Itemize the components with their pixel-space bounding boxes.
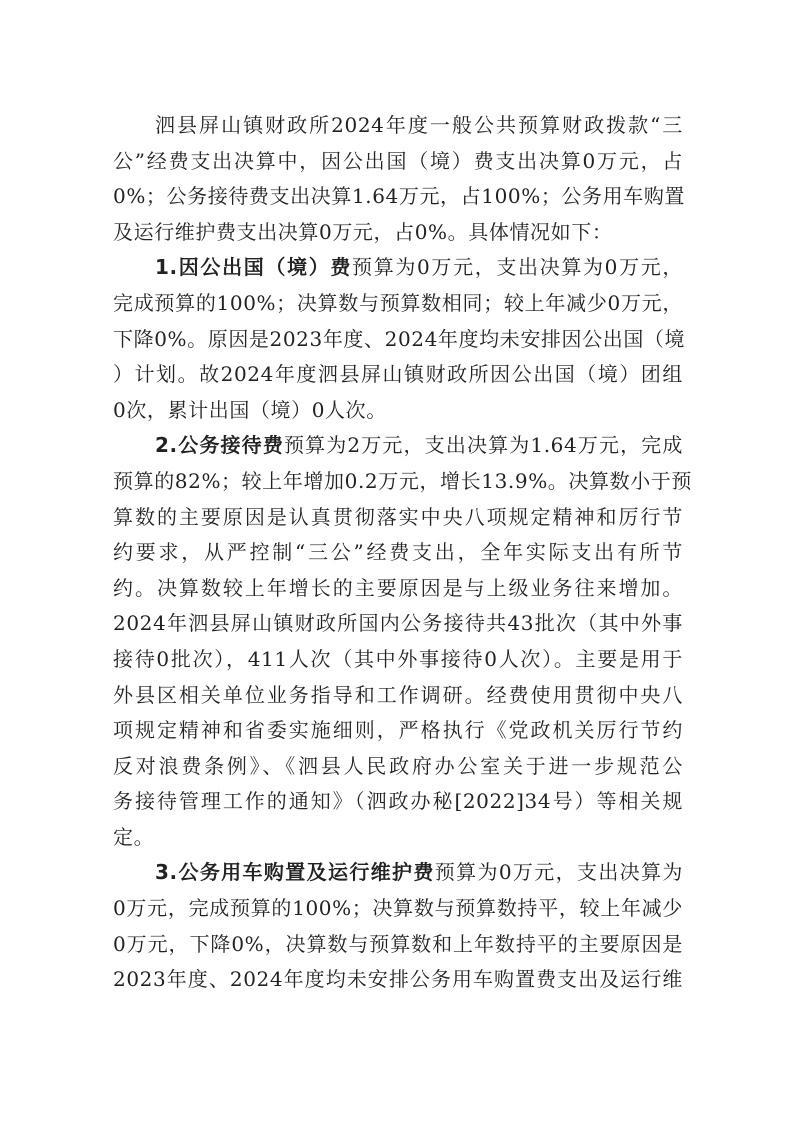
document-page: 泗县屏山镇财政所2024年度一般公共预算财政拨款“三公”经费支出决算中，因公出国… [113, 108, 683, 998]
section-heading: 3.公务用车购置及运行维护费 [155, 860, 435, 884]
line-text: 完成预算的100%；决算数与预算数相同；较上年减少0万元， [113, 291, 683, 315]
text-line: 3.公务用车购置及运行维护费预算为0万元，支出决算为 [113, 855, 683, 891]
text-line: 下降0%。原因是2023年度、2024年度均未安排因公出国（境 [113, 322, 683, 358]
text-line: 定。 [113, 820, 683, 856]
text-line: 2.公务接待费预算为2万元，支出决算为1.64万元，完成 [113, 428, 683, 464]
text-line: 务接待管理工作的通知》（泗政办秘[2022]34号）等相关规 [113, 784, 683, 820]
line-text: 反对浪费条例》、《泗县人民政府办公室关于进一步规范公 [113, 754, 683, 778]
text-line: 项规定精神和省委实施细则，严格执行《党政机关厉行节约 [113, 713, 683, 749]
line-text: 预算的82%；较上年增加0.2万元，增长13.9%。决算数小于预 [113, 469, 692, 493]
line-text: 外县区相关单位业务指导和工作调研。经费使用贯彻中央八 [113, 683, 683, 707]
line-text: 预算为0万元，支出决算为0万元， [352, 255, 683, 279]
paragraph-section-3: 3.公务用车购置及运行维护费预算为0万元，支出决算为0万元，完成预算的100%；… [113, 855, 683, 997]
text-line: 反对浪费条例》、《泗县人民政府办公室关于进一步规范公 [113, 749, 683, 785]
line-text: 预算为0万元，支出决算为 [435, 860, 683, 884]
text-line: 接待0批次），411人次（其中外事接待0人次）。主要是用于 [113, 642, 683, 678]
text-line: 公”经费支出决算中，因公出国（境）费支出决算0万元，占 [113, 144, 683, 180]
line-text: 0万元，下降0%，决算数与预算数和上年数持平的主要原因是 [113, 932, 683, 956]
line-text: 及运行维护费支出决算0万元，占0%。具体情况如下： [113, 220, 612, 244]
text-line: ）计划。故2024年度泗县屏山镇财政所因公出国（境）团组 [113, 357, 683, 393]
line-text: 0次，累计出国（境）0人次。 [113, 398, 387, 422]
line-text: 下降0%。原因是2023年度、2024年度均未安排因公出国（境 [113, 327, 685, 351]
text-line: 2023年度、2024年度均未安排公务用车购置费支出及运行维 [113, 962, 683, 998]
line-text: 接待0批次），411人次（其中外事接待0人次）。主要是用于 [113, 647, 683, 671]
line-text: ）计划。故2024年度泗县屏山镇财政所因公出国（境）团组 [113, 362, 683, 386]
line-text: 2024年泗县屏山镇财政所国内公务接待共43批次（其中外事 [113, 611, 683, 635]
line-text: 约。决算数较上年增长的主要原因是与上级业务往来增加。 [113, 576, 683, 600]
paragraph-intro: 泗县屏山镇财政所2024年度一般公共预算财政拨款“三公”经费支出决算中，因公出国… [113, 108, 683, 250]
text-line: 0次，累计出国（境）0人次。 [113, 393, 683, 429]
line-text: 公”经费支出决算中，因公出国（境）费支出决算0万元，占 [113, 149, 683, 173]
text-line: 外县区相关单位业务指导和工作调研。经费使用贯彻中央八 [113, 678, 683, 714]
text-line: 预算的82%；较上年增加0.2万元，增长13.9%。决算数小于预 [113, 464, 683, 500]
section-heading: 1.因公出国（境）费 [155, 255, 352, 279]
paragraph-section-1: 1.因公出国（境）费预算为0万元，支出决算为0万元，完成预算的100%；决算数与… [113, 250, 683, 428]
paragraph-section-2: 2.公务接待费预算为2万元，支出决算为1.64万元，完成预算的82%；较上年增加… [113, 428, 683, 855]
line-text: 约要求，从严控制“三公”经费支出，全年实际支出有所节 [113, 540, 683, 564]
text-line: 及运行维护费支出决算0万元，占0%。具体情况如下： [113, 215, 683, 251]
text-line: 0%；公务接待费支出决算1.64万元，占100%；公务用车购置 [113, 179, 683, 215]
section-heading: 2.公务接待费 [155, 433, 284, 457]
text-line: 约。决算数较上年增长的主要原因是与上级业务往来增加。 [113, 571, 683, 607]
line-text: 项规定精神和省委实施细则，严格执行《党政机关厉行节约 [113, 718, 683, 742]
line-text: 0万元，完成预算的100%；决算数与预算数持平，较上年减少 [113, 896, 683, 920]
text-line: 1.因公出国（境）费预算为0万元，支出决算为0万元， [113, 250, 683, 286]
line-text: 算数的主要原因是认真贯彻落实中央八项规定精神和厉行节 [113, 505, 683, 529]
text-line: 算数的主要原因是认真贯彻落实中央八项规定精神和厉行节 [113, 500, 683, 536]
line-text: 预算为2万元，支出决算为1.64万元，完成 [284, 433, 683, 457]
text-line: 0万元，完成预算的100%；决算数与预算数持平，较上年减少 [113, 891, 683, 927]
line-text: 泗县屏山镇财政所2024年度一般公共预算财政拨款“三 [155, 113, 683, 137]
text-line: 2024年泗县屏山镇财政所国内公务接待共43批次（其中外事 [113, 606, 683, 642]
line-text: 务接待管理工作的通知》（泗政办秘[2022]34号）等相关规 [113, 789, 683, 813]
text-line: 0万元，下降0%，决算数与预算数和上年数持平的主要原因是 [113, 927, 683, 963]
line-text: 0%；公务接待费支出决算1.64万元，占100%；公务用车购置 [113, 184, 685, 208]
text-line: 约要求，从严控制“三公”经费支出，全年实际支出有所节 [113, 535, 683, 571]
text-line: 完成预算的100%；决算数与预算数相同；较上年减少0万元， [113, 286, 683, 322]
line-text: 定。 [113, 825, 154, 849]
line-text: 2023年度、2024年度均未安排公务用车购置费支出及运行维 [113, 967, 683, 991]
text-line: 泗县屏山镇财政所2024年度一般公共预算财政拨款“三 [113, 108, 683, 144]
